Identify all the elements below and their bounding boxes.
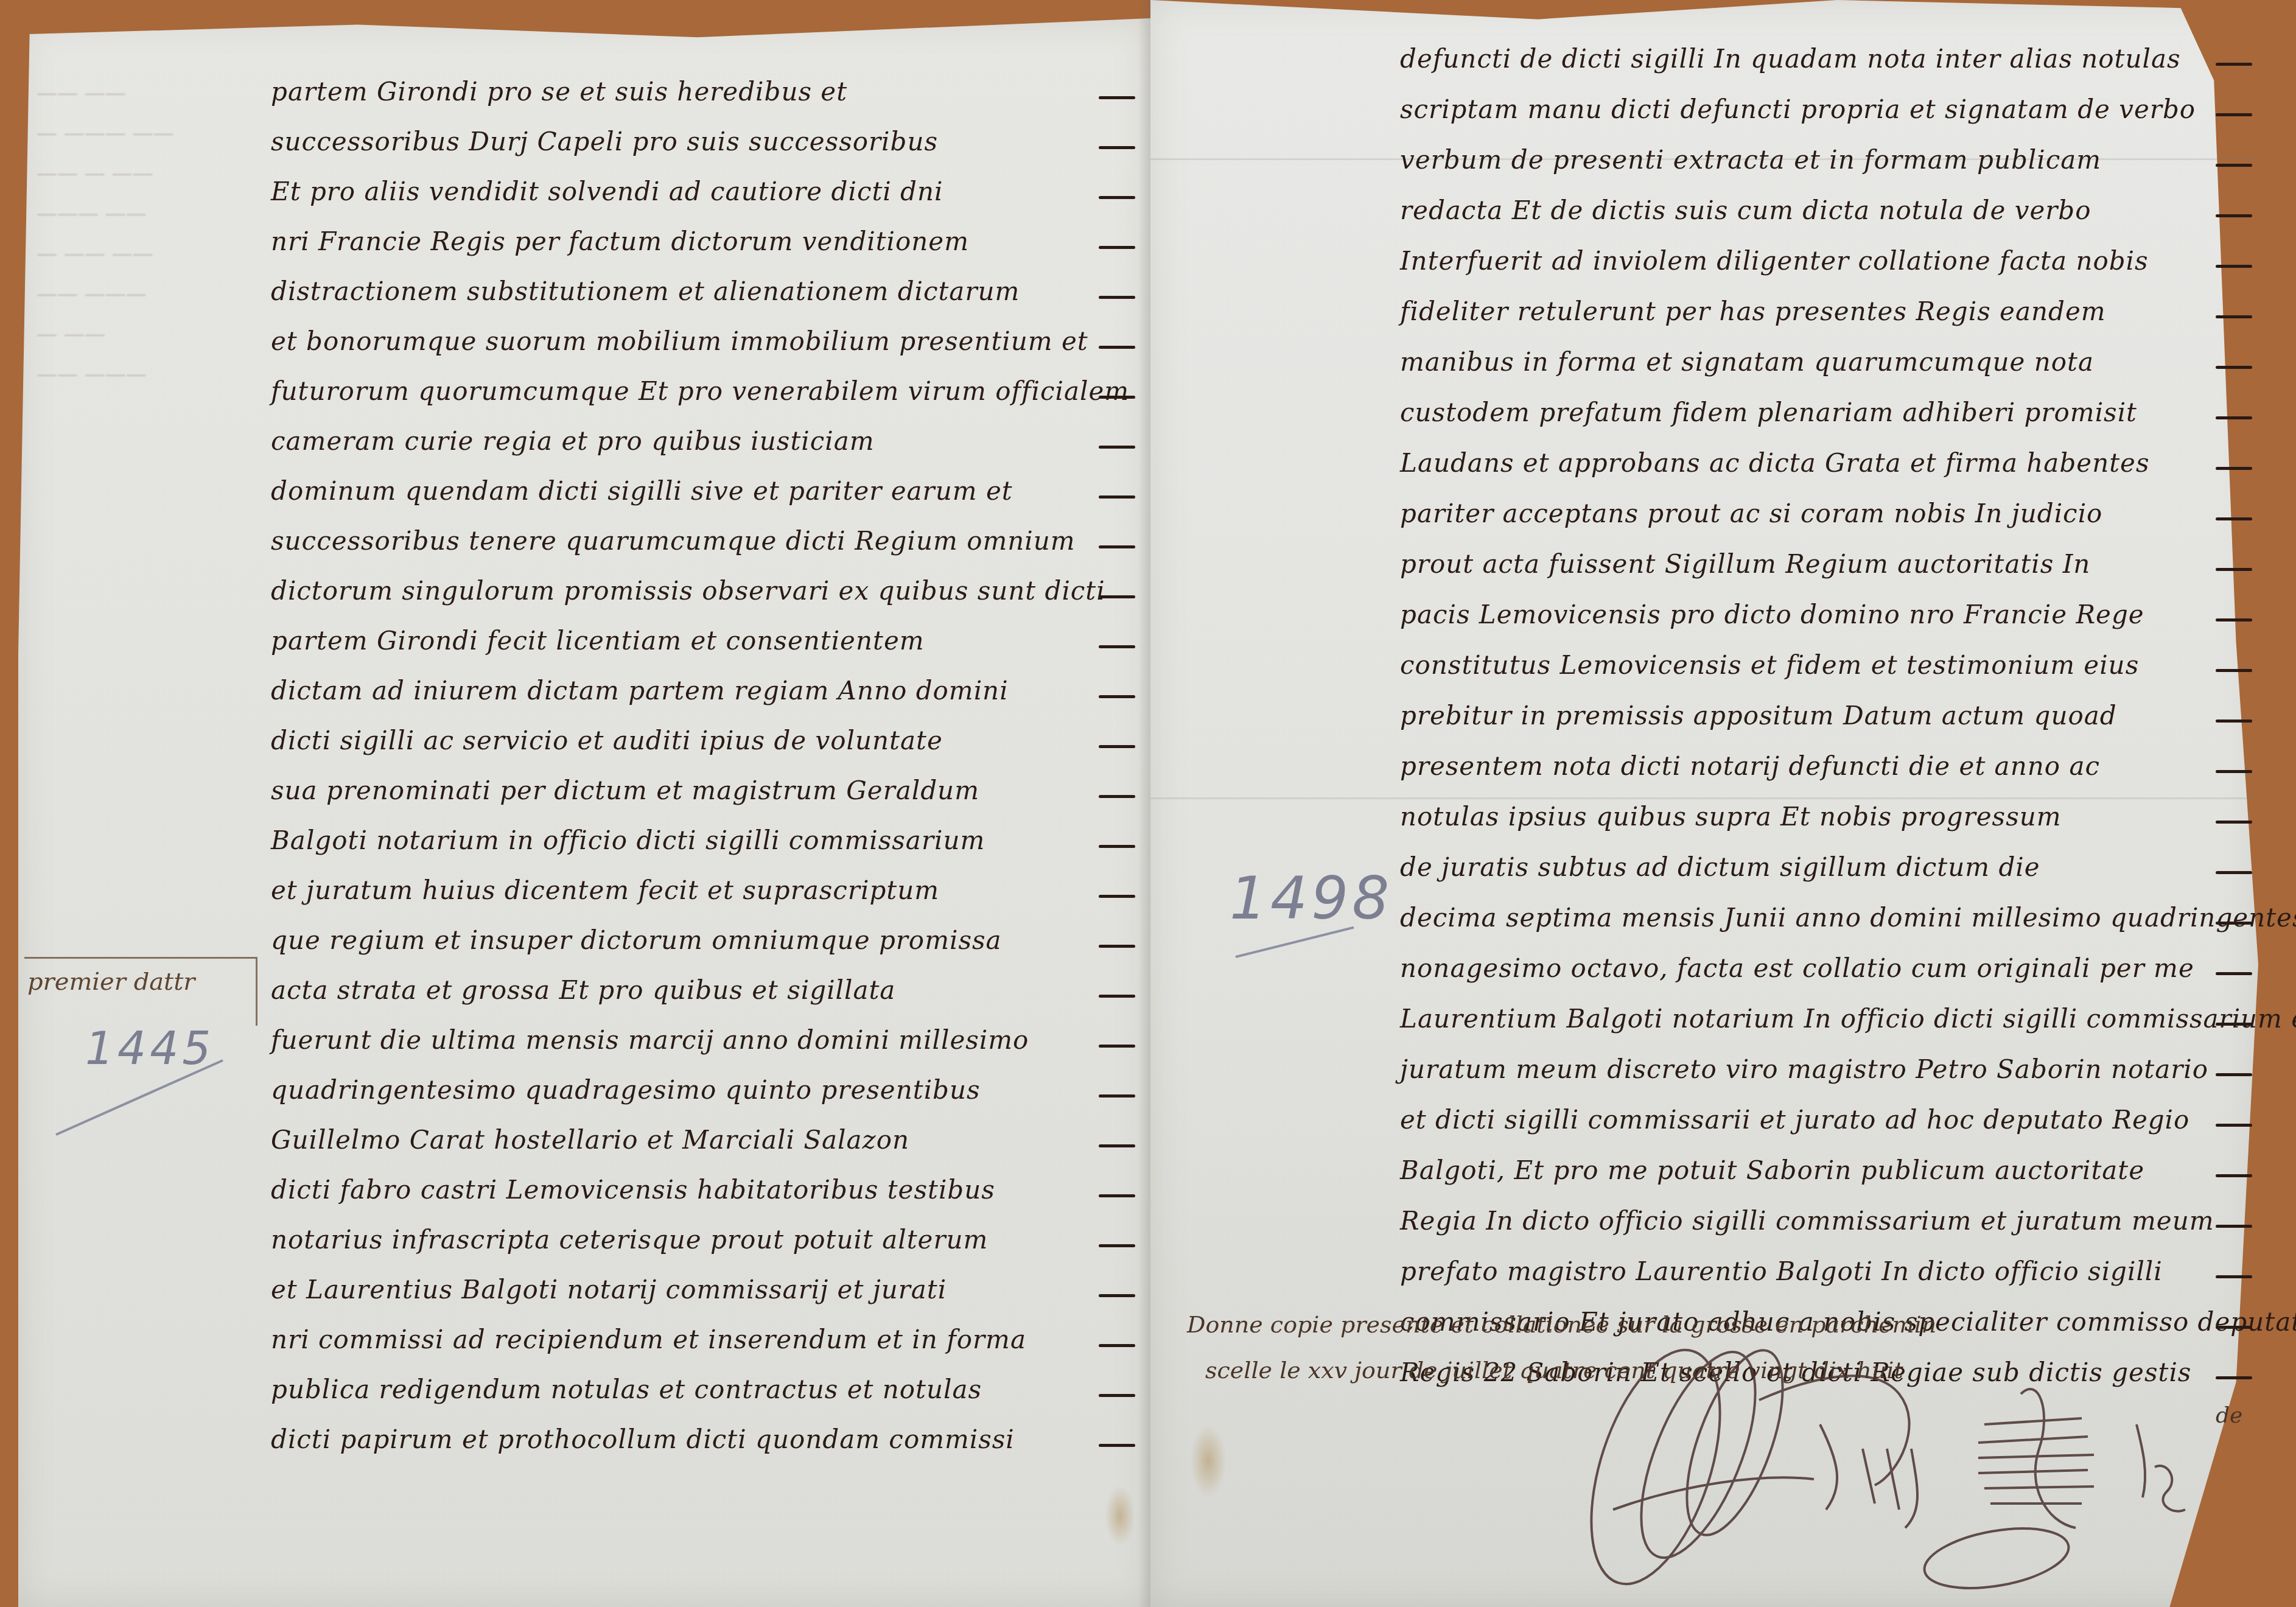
manuscript-line: et dicti sigilli commissarii et jurato a… [1400, 1094, 2228, 1145]
manuscript-line: futurorum quorumcumque Et pro venerabile… [271, 366, 1111, 416]
manuscript-line: que regium et insuper dictorum omniumque… [271, 916, 1111, 965]
bleedthrough-line: —— —— [37, 73, 268, 113]
pencil-folio-number-right: 1498 [1230, 864, 1393, 933]
bleedthrough-line: — ——— —— [37, 113, 268, 153]
manuscript-line: fuerunt die ultima mensis marcij anno do… [271, 1015, 1111, 1065]
manuscript-line: pacis Lemovicensis pro dicto domino nro … [1400, 589, 2228, 640]
manuscript-line: dominum quendam dicti sigilli sive et pa… [271, 466, 1111, 516]
manuscript-line: sua prenominati per dictum et magistrum … [271, 766, 1111, 816]
manuscript-line: redacta Et de dictis suis cum dicta notu… [1400, 185, 2228, 236]
paper-stain [1190, 1424, 1227, 1497]
manuscript-line: prefato magistro Laurentio Balgoti In di… [1400, 1246, 2228, 1297]
manuscript-line: decima septima mensis Junii anno domini … [1400, 892, 2228, 943]
bleedthrough-text: —— ——— ——— ———— — ————— ——— —— ———— ————… [37, 73, 268, 394]
manuscript-line: Laurentium Balgoti notarium In officio d… [1400, 993, 2228, 1044]
notarial-signature-icon [1558, 1327, 2240, 1595]
manuscript-line: et Laurentius Balgoti notarij commissari… [271, 1265, 1111, 1315]
manuscript-line: Balgoti, Et pro me potuit Saborin public… [1400, 1145, 2228, 1196]
manuscript-line: notulas ipsius quibus supra Et nobis pro… [1400, 791, 2228, 842]
manuscript-line: nri commissi ad recipiendum et inserendu… [271, 1315, 1111, 1365]
manuscript-line: dictam ad iniurem dictam partem regiam A… [271, 666, 1111, 716]
manuscript-line: et bonorumque suorum mobilium immobilium… [271, 317, 1111, 366]
manuscript-line: partem Girondi fecit licentiam et consen… [271, 616, 1111, 666]
manuscript-line: successoribus Durj Capeli pro suis succe… [271, 117, 1111, 167]
manuscript-line: Balgoti notarium in officio dicti sigill… [271, 816, 1111, 866]
manuscript-spread: —— ——— ——— ———— — ————— ——— —— ———— ————… [0, 0, 2296, 1607]
manuscript-line: prout acta fuissent Sigillum Regium auct… [1400, 539, 2228, 589]
manuscript-line: defuncti de dicti sigilli In quadam nota… [1400, 33, 2228, 84]
bleedthrough-line: ——— —— [37, 194, 268, 234]
manuscript-line: Interfuerit ad inviolem diligenter colla… [1400, 236, 2228, 286]
manuscript-line: cameram curie regia et pro quibus iustic… [271, 416, 1111, 466]
manuscript-line: nri Francie Regis per factum dictorum ve… [271, 217, 1111, 267]
manuscript-line: dicti sigilli ac servicio et auditi ipiu… [271, 716, 1111, 766]
manuscript-line: fideliter retulerunt per has presentes R… [1400, 286, 2228, 337]
manuscript-line: custodem prefatum fidem plenariam adhibe… [1400, 387, 2228, 438]
manuscript-line: juratum meum discreto viro magistro Petr… [1400, 1044, 2228, 1094]
manuscript-line: partem Girondi pro se et suis heredibus … [271, 67, 1111, 117]
manuscript-line: presentem nota dicti notarij defuncti di… [1400, 741, 2228, 791]
manuscript-line: constitutus Lemovicensis et fidem et tes… [1400, 640, 2228, 690]
right-page-text: defuncti de dicti sigilli In quadam nota… [1400, 33, 2228, 1398]
left-page-text: partem Girondi pro se et suis heredibus … [271, 67, 1111, 1465]
manuscript-line: dicti fabro castri Lemovicensis habitato… [271, 1165, 1111, 1215]
manuscript-line: dictorum singulorum promissis observari … [271, 566, 1111, 616]
manuscript-line: notarius infrascripta ceterisque prout p… [271, 1215, 1111, 1265]
manuscript-line: scriptam manu dicti defuncti propria et … [1400, 84, 2228, 135]
manuscript-line: Guillelmo Carat hostellario et Marciali … [271, 1115, 1111, 1165]
manuscript-line: Laudans et approbans ac dicta Grata et f… [1400, 438, 2228, 488]
manuscript-line: manibus in forma et signatam quarumcumqu… [1400, 337, 2228, 387]
bleedthrough-line: —— — —— [37, 153, 268, 194]
bleedthrough-line: — —— —— [37, 234, 268, 274]
signature-suffix: de [2216, 1394, 2242, 1438]
pencil-folio-number-left: 1445 [85, 1023, 214, 1075]
paper-stain [1105, 1485, 1135, 1546]
bleedthrough-line: — —— [37, 314, 268, 354]
manuscript-line: distractionem substitutionem et alienati… [271, 267, 1111, 317]
manuscript-line: de juratis subtus ad dictum sigillum dic… [1400, 842, 2228, 892]
manuscript-line: et juratum huius dicentem fecit et supra… [271, 866, 1111, 916]
manuscript-line: prebitur in premissis appositum Datum ac… [1400, 690, 2228, 741]
manuscript-line: verbum de presenti extracta et in formam… [1400, 135, 2228, 185]
bleedthrough-line: —— ——— [37, 354, 268, 394]
manuscript-line: dicti papirum et prothocollum dicti quon… [271, 1415, 1111, 1465]
manuscript-line: acta strata et grossa Et pro quibus et s… [271, 965, 1111, 1015]
manuscript-line: publica redigendum notulas et contractus… [271, 1365, 1111, 1415]
manuscript-line: Regia In dicto officio sigilli commissar… [1400, 1196, 2228, 1246]
manuscript-line: nonagesimo octavo, facta est collatio cu… [1400, 943, 2228, 993]
manuscript-line: successoribus tenere quarumcumque dicti … [271, 516, 1111, 566]
bleedthrough-line: —— ——— [37, 274, 268, 314]
manuscript-line: quadringentesimo quadragesimo quinto pre… [271, 1065, 1111, 1115]
manuscript-line: pariter acceptans prout ac si coram nobi… [1400, 488, 2228, 539]
manuscript-line: Et pro aliis vendidit solvendi ad cautio… [271, 167, 1111, 217]
margin-note-premier-dattr: premier dattr [27, 968, 195, 996]
